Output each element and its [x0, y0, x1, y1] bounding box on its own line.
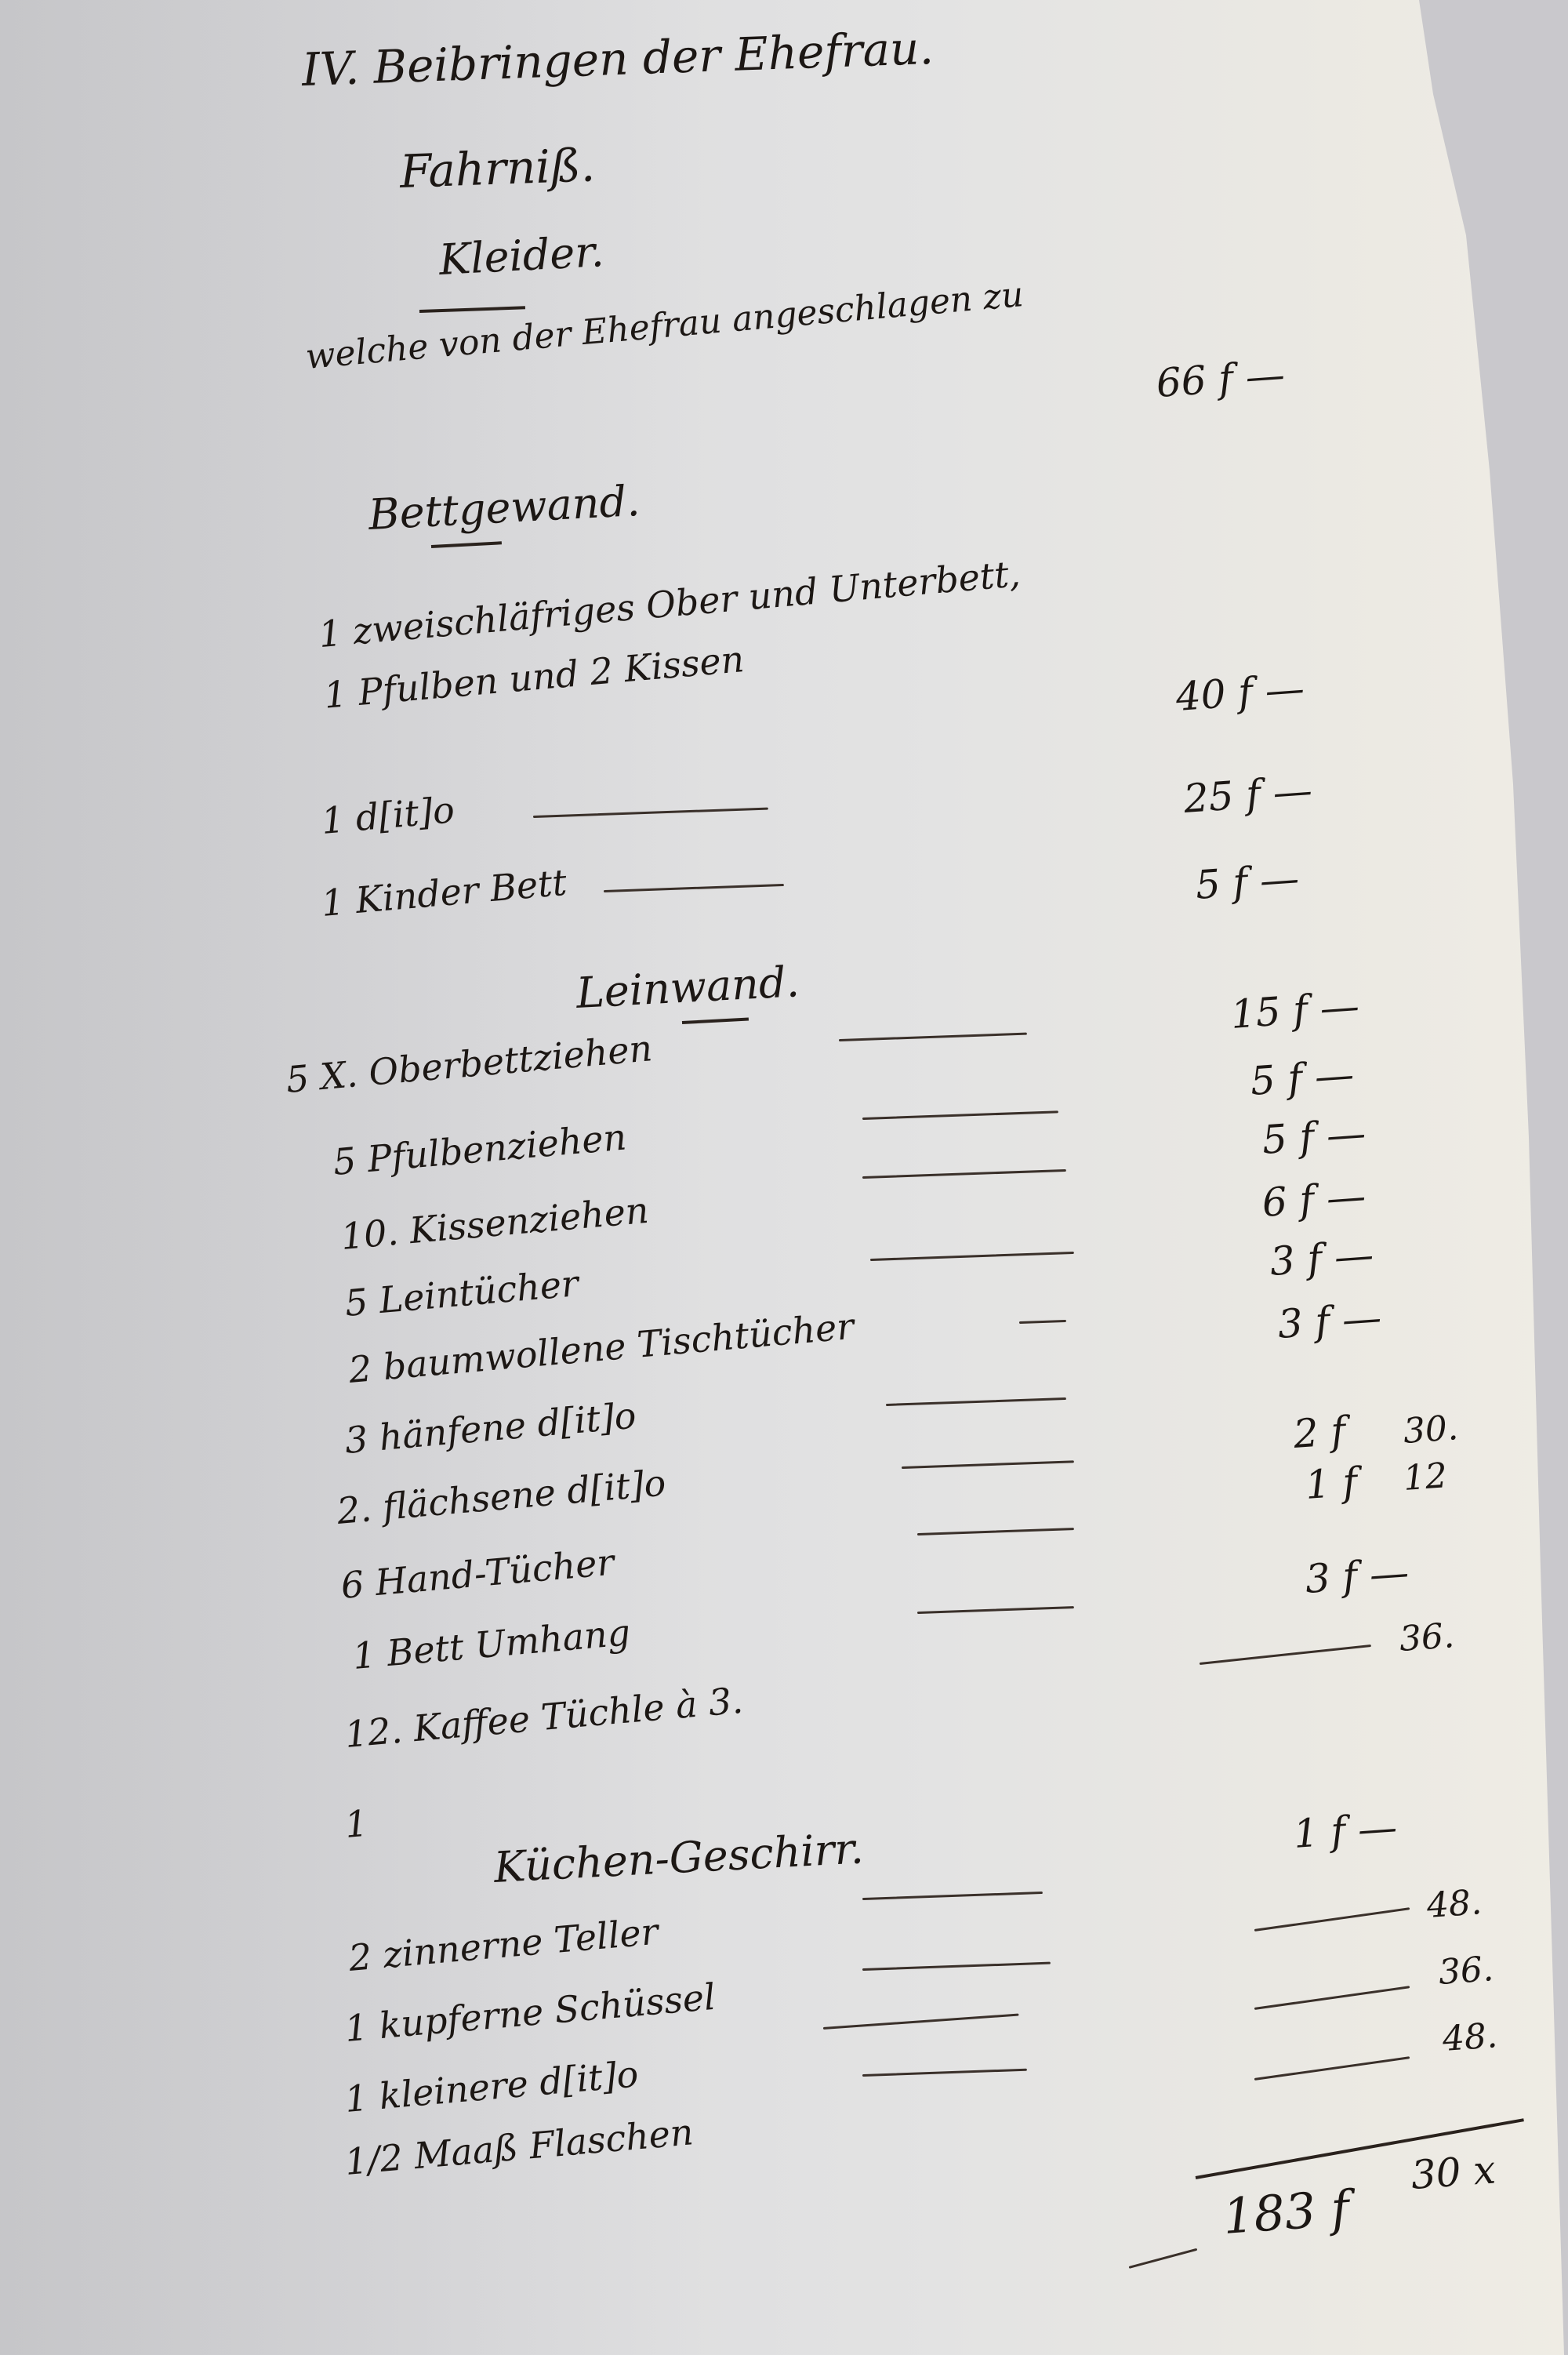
item-amount: 1 f — — [1292, 1804, 1399, 1857]
item-amount: 6 f — — [1261, 1173, 1367, 1226]
item-kreuzer: 48. — [1441, 2015, 1498, 2059]
document-subheading: Fahrniß. — [399, 138, 596, 198]
item-kreuzer: 36. — [1437, 1949, 1494, 1993]
item-amount: 15 f — — [1229, 983, 1361, 1038]
section-title-kleider: Kleider. — [437, 227, 604, 285]
item-amount: 25 f — — [1182, 768, 1314, 822]
item-amount: 40 f — — [1174, 666, 1306, 720]
total-amount: 183 f — [1221, 2179, 1351, 2245]
item-amount: 1 f — [1304, 1459, 1359, 1507]
item-amount: 2 f — [1292, 1408, 1347, 1456]
total-kreuzer: 30 x — [1410, 2147, 1497, 2198]
item-amount: 3 f — — [1276, 1295, 1383, 1347]
item-kreuzer: 36. — [1398, 1615, 1455, 1659]
item-amount: 5 f — — [1261, 1110, 1367, 1163]
item-amount: 5 f — — [1194, 856, 1301, 908]
item-amount: 66 f — — [1155, 352, 1287, 406]
item-kreuzer: 30. — [1402, 1408, 1459, 1452]
item-kreuzer: 48. — [1425, 1882, 1483, 1926]
item-amount: 3 f — — [1304, 1550, 1410, 1602]
item-kreuzer: 12 — [1402, 1456, 1448, 1499]
item-amount: 5 f — — [1249, 1052, 1356, 1104]
item-amount: 3 f — — [1269, 1232, 1375, 1285]
item-text: 1 — [343, 1802, 370, 1846]
